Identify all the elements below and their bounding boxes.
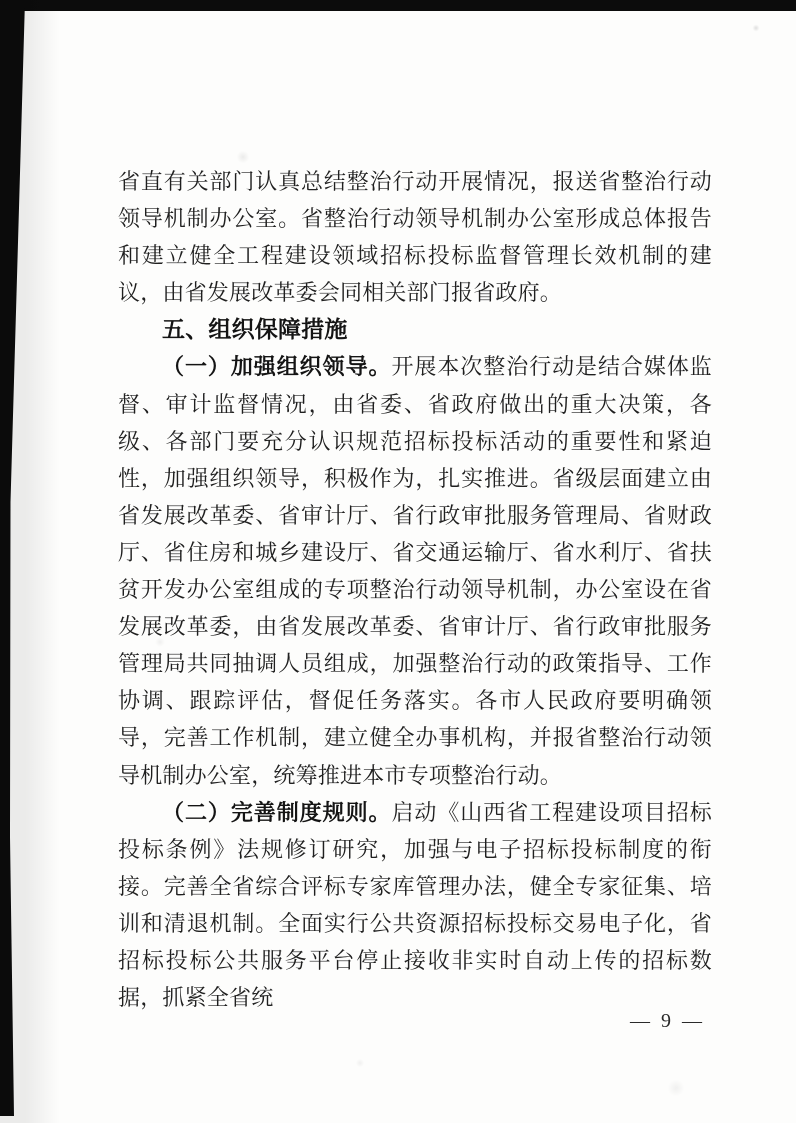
scan-artifact-top-edge bbox=[0, 0, 796, 11]
subsection-2-title: （二）完善制度规则。 bbox=[162, 800, 391, 825]
paragraph-continuation: 省直有关部门认真总结整治行动开展情况，报送省整治行动领导机制办公室。省整治行动领… bbox=[118, 163, 712, 311]
section-heading: 五、组织保障措施 bbox=[118, 311, 712, 348]
scan-artifact-left-edge bbox=[0, 0, 25, 1116]
paragraph-subsection-1: （一）加强组织领导。开展本次整治行动是结合媒体监督、审计监督情况，由省委、省政府… bbox=[118, 348, 712, 793]
page-number: — 9 — bbox=[630, 1008, 705, 1034]
paragraph-subsection-2: （二）完善制度规则。启动《山西省工程建设项目招标投标条例》法规修订研究，加强与电… bbox=[118, 794, 712, 1017]
document-body: 省直有关部门认真总结整治行动开展情况，报送省整治行动领导机制办公室。省整治行动领… bbox=[118, 163, 712, 1016]
document-page: 省直有关部门认真总结整治行动开展情况，报送省整治行动领导机制办公室。省整治行动领… bbox=[0, 0, 796, 1123]
subsection-1-body: 开展本次整治行动是结合媒体监督、审计监督情况，由省委、省政府做出的重大决策，各级… bbox=[118, 354, 712, 787]
subsection-1-title: （一）加强组织领导。 bbox=[162, 354, 391, 379]
subsection-2-body: 启动《山西省工程建设项目招标投标条例》法规修订研究，加强与电子招标投标制度的衔接… bbox=[118, 800, 712, 1010]
